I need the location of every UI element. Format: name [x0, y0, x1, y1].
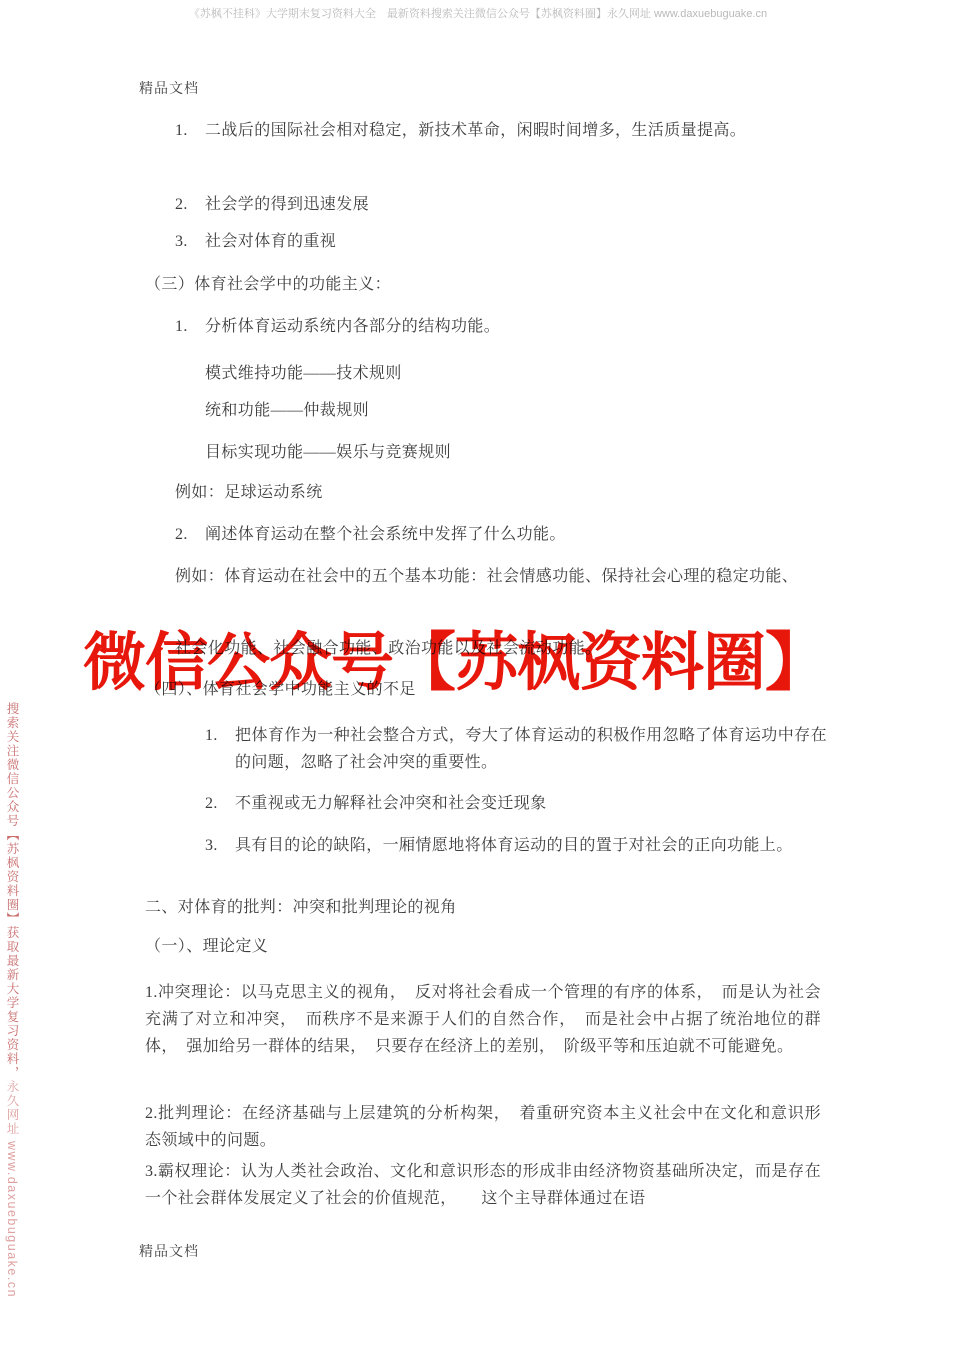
list-text: 二战后的国际社会相对稳定，新技术革命，闲暇时间增多，生活质量提高。 [205, 122, 746, 139]
example-line: 例如：体育运动在社会中的五个基本功能：社会情感功能、保持社会心理的稳定功能、 [175, 563, 821, 590]
left-vertical-note: 搜索关注微信公众号【苏枫资料圈】获取最新大学复习资料，永久网址 www.daxu… [5, 702, 19, 1342]
list-item: 1.二战后的国际社会相对稳定，新技术革命，闲暇时间增多，生活质量提高。 [175, 117, 835, 144]
list-number: 1. [205, 722, 235, 749]
list-item: 2.阐述体育运动在整个社会系统中发挥了什么功能。 [175, 521, 835, 548]
list-text: 把体育作为一种社会整合方式，夸大了体育运动的积极作用忽略了体育运功中存在的问题，… [235, 727, 827, 771]
list-number: 3. [205, 832, 235, 859]
list-number: 1. [175, 117, 205, 144]
section-heading: （三）体育社会学中的功能主义： [145, 271, 821, 298]
sub-line: 模式维持功能——技术规则 [205, 360, 821, 387]
list-item: 1.分析体育运动系统内各部分的结构功能。 [175, 313, 835, 340]
paragraph: 1.冲突理论：以马克思主义的视角， 反对将社会看成一个管理的有序的体系， 而是认… [145, 979, 821, 1060]
list-text: 具有目的论的缺陷，一厢情愿地将体育运动的目的置于对社会的正向功能上。 [235, 837, 793, 854]
paragraph: 2.批判理论：在经济基础与上层建筑的分析构架， 着重研究资本主义社会中在文化和意… [145, 1100, 821, 1154]
sub-line: 统和功能——仲裁规则 [205, 397, 821, 424]
list-text: 社会对体育的重视 [205, 233, 336, 250]
header-doc-label: 精品文档 [139, 78, 199, 98]
section-heading: 二、对体育的批判：冲突和批判理论的视角 [145, 894, 821, 921]
red-watermark: 微信公众号【苏枫资料圈】 [83, 623, 827, 703]
list-number: 2. [205, 790, 235, 817]
list-item: 3.具有目的论的缺陷，一厢情愿地将体育运动的目的置于对社会的正向功能上。 [205, 832, 827, 859]
list-number: 3. [175, 228, 205, 255]
footer-doc-label: 精品文档 [139, 1241, 199, 1261]
list-text: 阐述体育运动在整个社会系统中发挥了什么功能。 [205, 526, 566, 543]
list-number: 2. [175, 521, 205, 548]
top-promo-banner: 《苏枫不挂科》大学期末复习资料大全 最新资料搜索关注微信公众号【苏枫资料圈】永久… [189, 5, 767, 21]
left-vertical-note-text: 搜索关注微信公众号【苏枫资料圈】获取最新大学复习资料， [5, 702, 19, 1080]
example-line: 例如：足球运动系统 [175, 479, 821, 506]
paragraph: 3.霸权理论：认为人类社会政治、文化和意识形态的形成非由经济物资基础所决定，而是… [145, 1158, 821, 1212]
list-item: 1.把体育作为一种社会整合方式，夸大了体育运动的积极作用忽略了体育运功中存在的问… [205, 722, 827, 776]
document-page: 《苏枫不挂科》大学期末复习资料大全 最新资料搜索关注微信公众号【苏枫资料圈】永久… [0, 0, 956, 1353]
list-item: 2.社会学的得到迅速发展 [175, 191, 835, 218]
list-number: 1. [175, 313, 205, 340]
list-item: 3.社会对体育的重视 [175, 228, 835, 255]
list-text: 分析体育运动系统内各部分的结构功能。 [205, 318, 500, 335]
left-vertical-note-url: 永久网址 www.daxuebuguake.cn [5, 1080, 19, 1298]
list-item: 2.不重视或无力解释社会冲突和社会变迁现象 [205, 790, 827, 817]
list-text: 不重视或无力解释社会冲突和社会变迁现象 [235, 795, 547, 812]
sub-line: 目标实现功能——娱乐与竞赛规则 [205, 439, 821, 466]
list-text: 社会学的得到迅速发展 [205, 196, 369, 213]
section-heading: （一）、理论定义 [145, 933, 821, 960]
list-number: 2. [175, 191, 205, 218]
